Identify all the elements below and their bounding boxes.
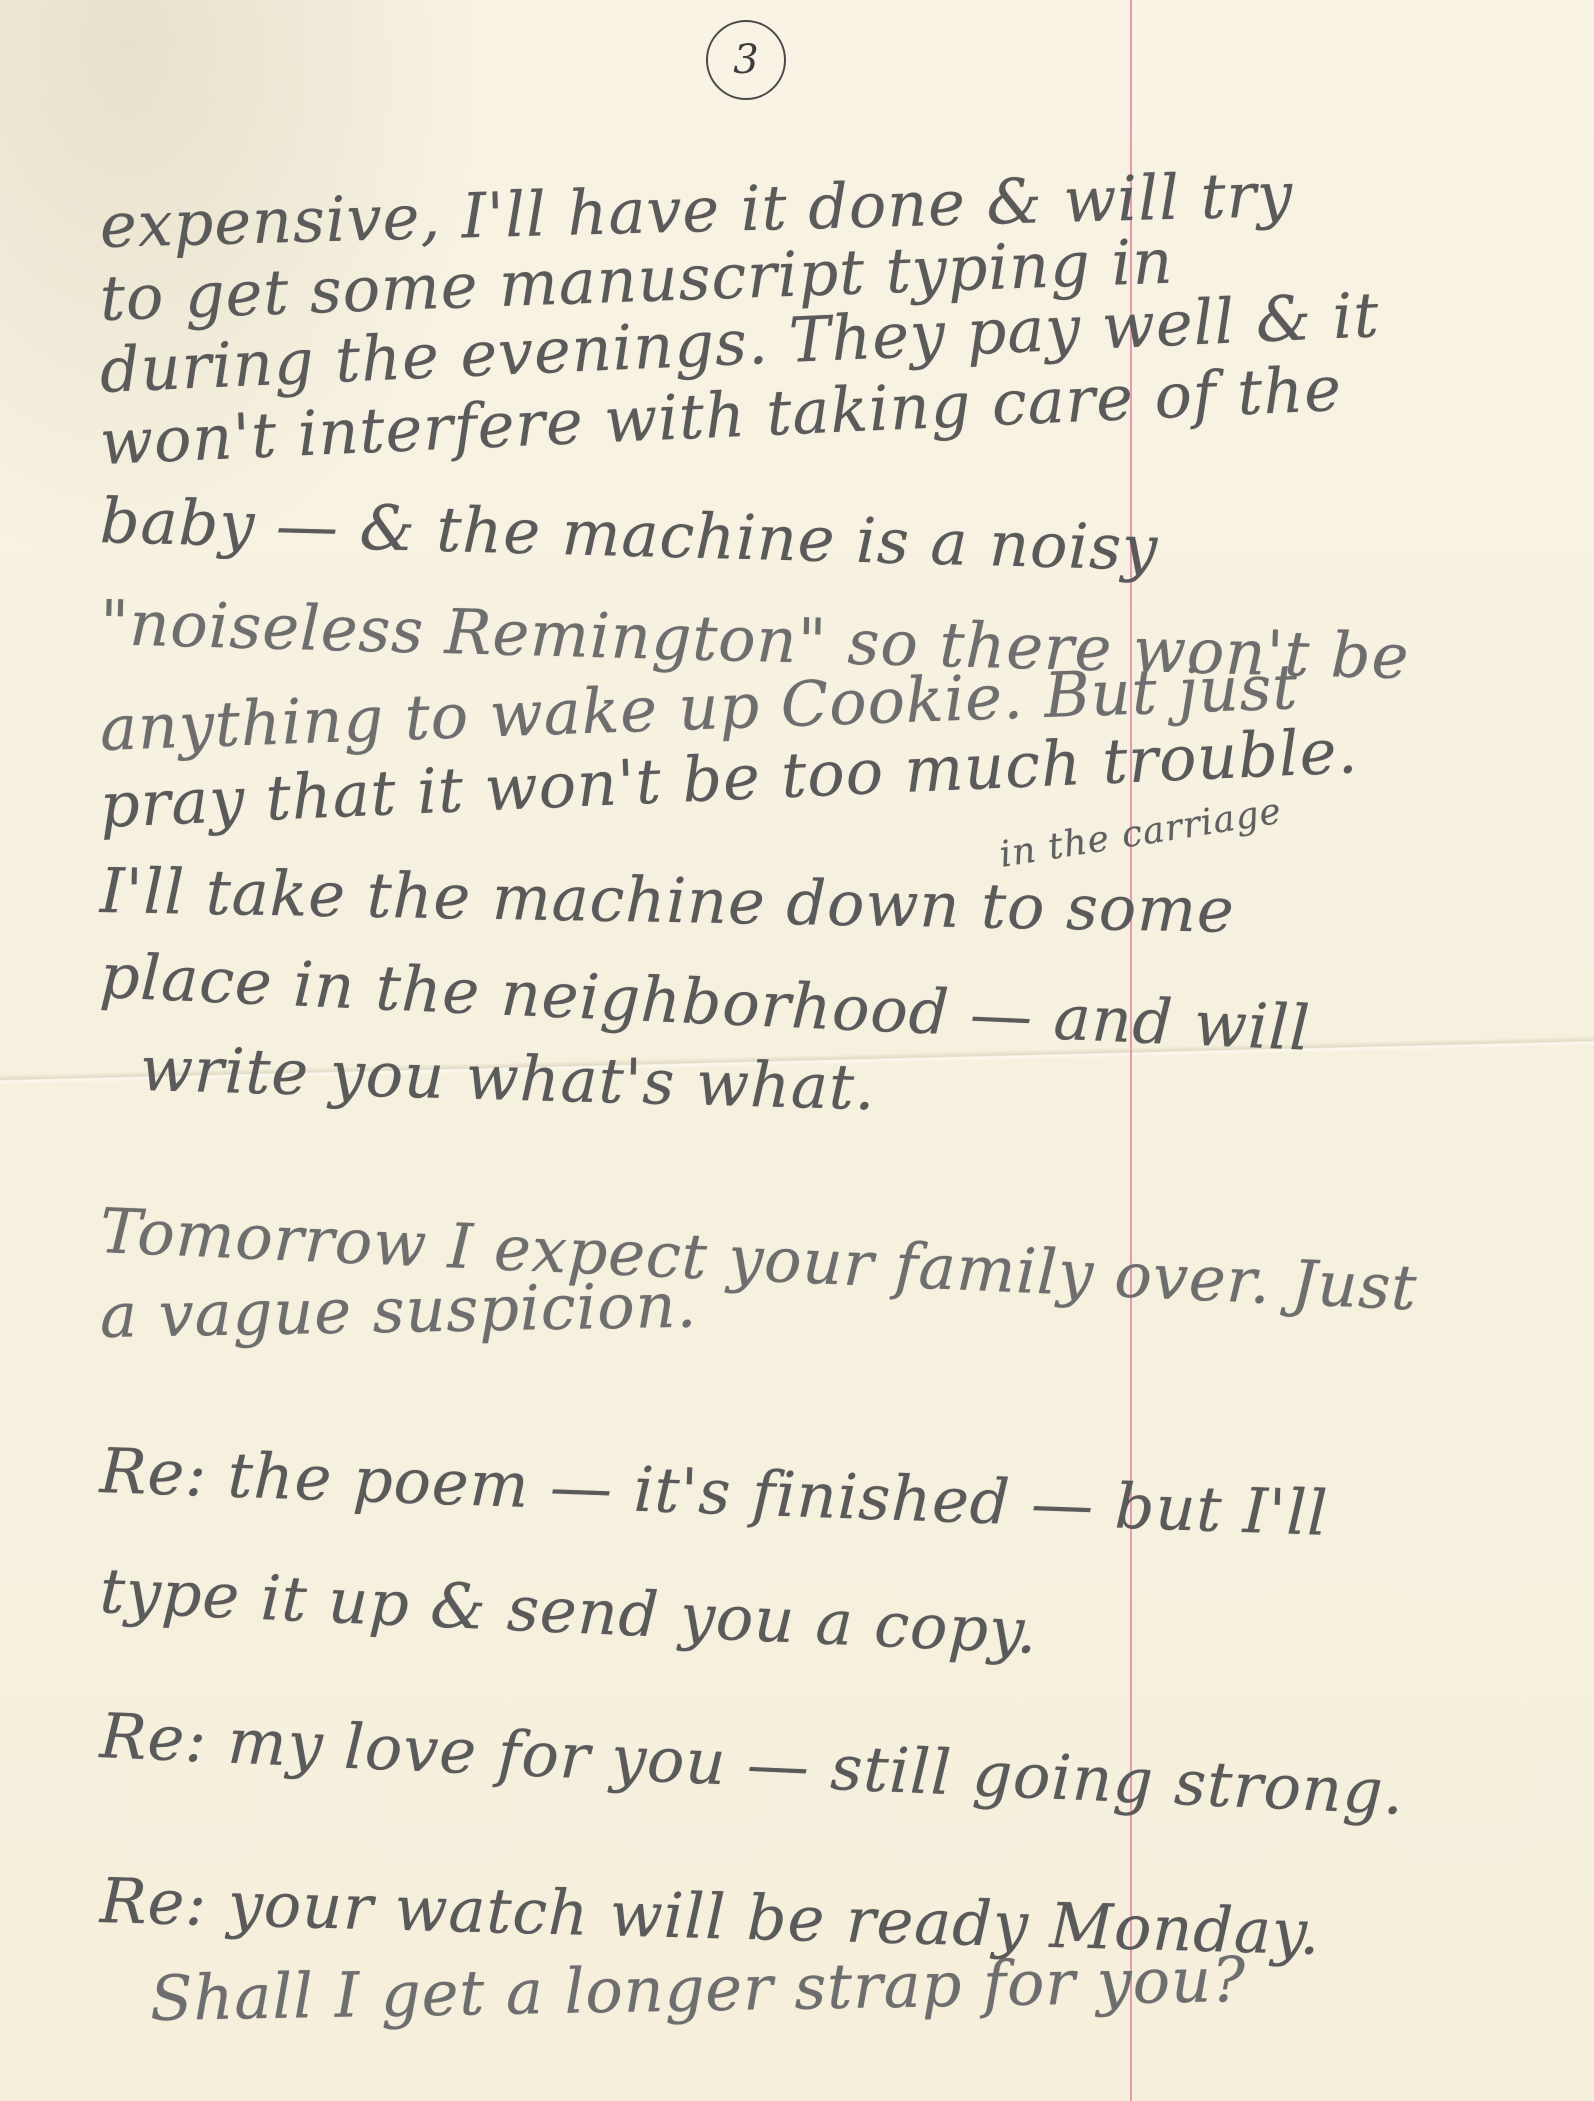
handwritten-insertion: in the carriage bbox=[997, 794, 1284, 874]
handwritten-line: I'll take the machine down to some bbox=[99, 860, 1235, 942]
handwritten-line: type it up & send you a copy. bbox=[99, 1560, 1039, 1663]
handwritten-line: write you what's what. bbox=[139, 1038, 876, 1119]
letter-page: 3 expensive, I'll have it done & will tr… bbox=[0, 0, 1594, 2101]
handwritten-line: Shall I get a longer strap for you? bbox=[149, 1949, 1246, 2030]
handwritten-line: a vague suspicion. bbox=[99, 1275, 697, 1347]
handwritten-line: Re: the poem — it's finished — but I'll bbox=[99, 1440, 1329, 1545]
handwritten-line: baby — & the machine is a noisy bbox=[99, 490, 1159, 580]
page-number-circled: 3 bbox=[706, 20, 786, 100]
handwritten-line: Re: my love for you — still going strong… bbox=[99, 1705, 1406, 1824]
